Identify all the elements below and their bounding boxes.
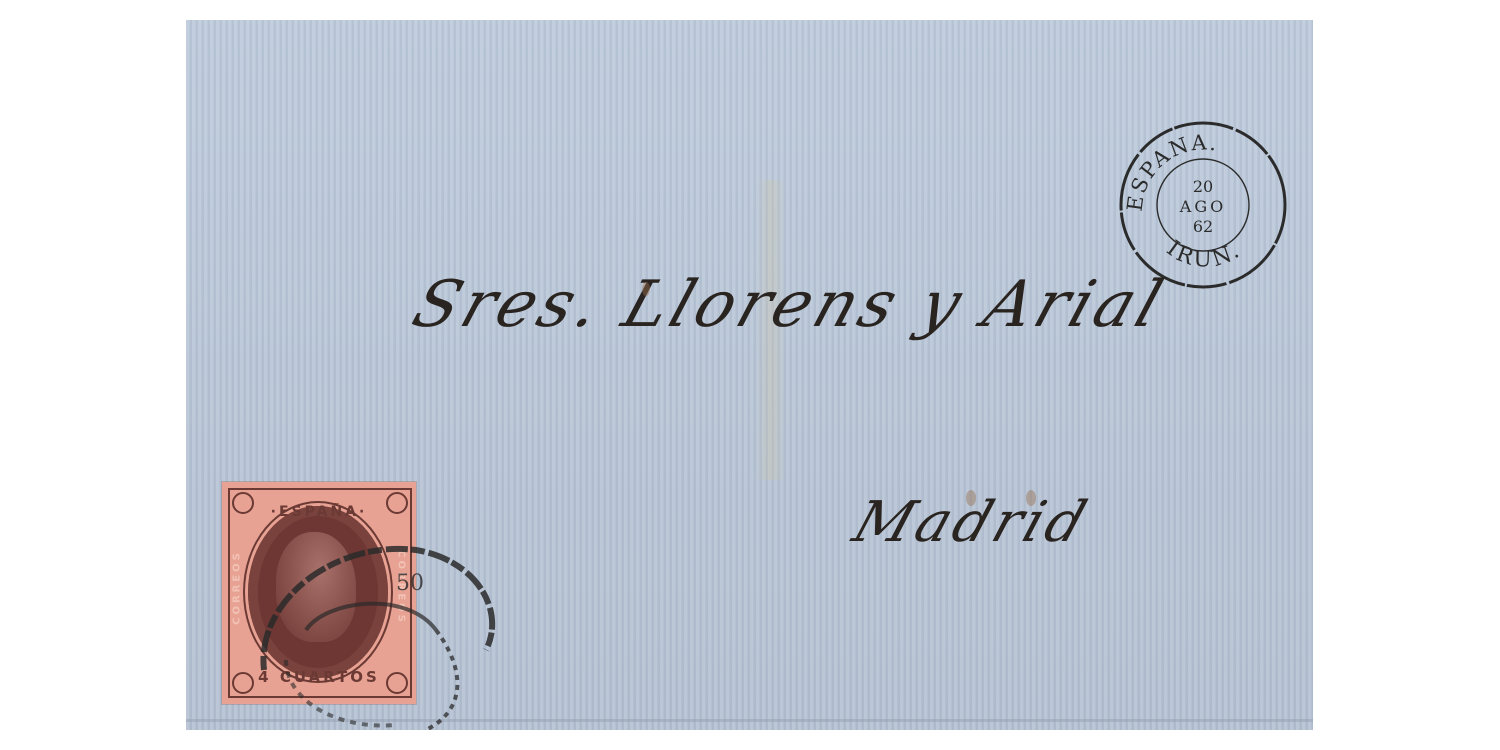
cancellation-mark: 50 xyxy=(246,520,526,730)
postmark-month: AGO xyxy=(1179,197,1226,216)
postmark-day: 20 xyxy=(1193,177,1213,196)
postmark-year: 62 xyxy=(1193,217,1213,236)
stamp-left-text: CORREOS xyxy=(232,533,243,643)
ink-stain xyxy=(642,282,650,296)
ink-stain xyxy=(1026,490,1036,506)
postal-cover: ESPANA. IRUN. 20 AGO 62 Sres. Llorens y … xyxy=(186,20,1313,730)
ink-stain xyxy=(966,490,976,506)
svg-text:50: 50 xyxy=(396,571,424,596)
stamp-country: ·ESPAÑA· xyxy=(222,504,416,520)
addressee-handwriting: Sres. Llorens y Arial xyxy=(404,268,1175,342)
